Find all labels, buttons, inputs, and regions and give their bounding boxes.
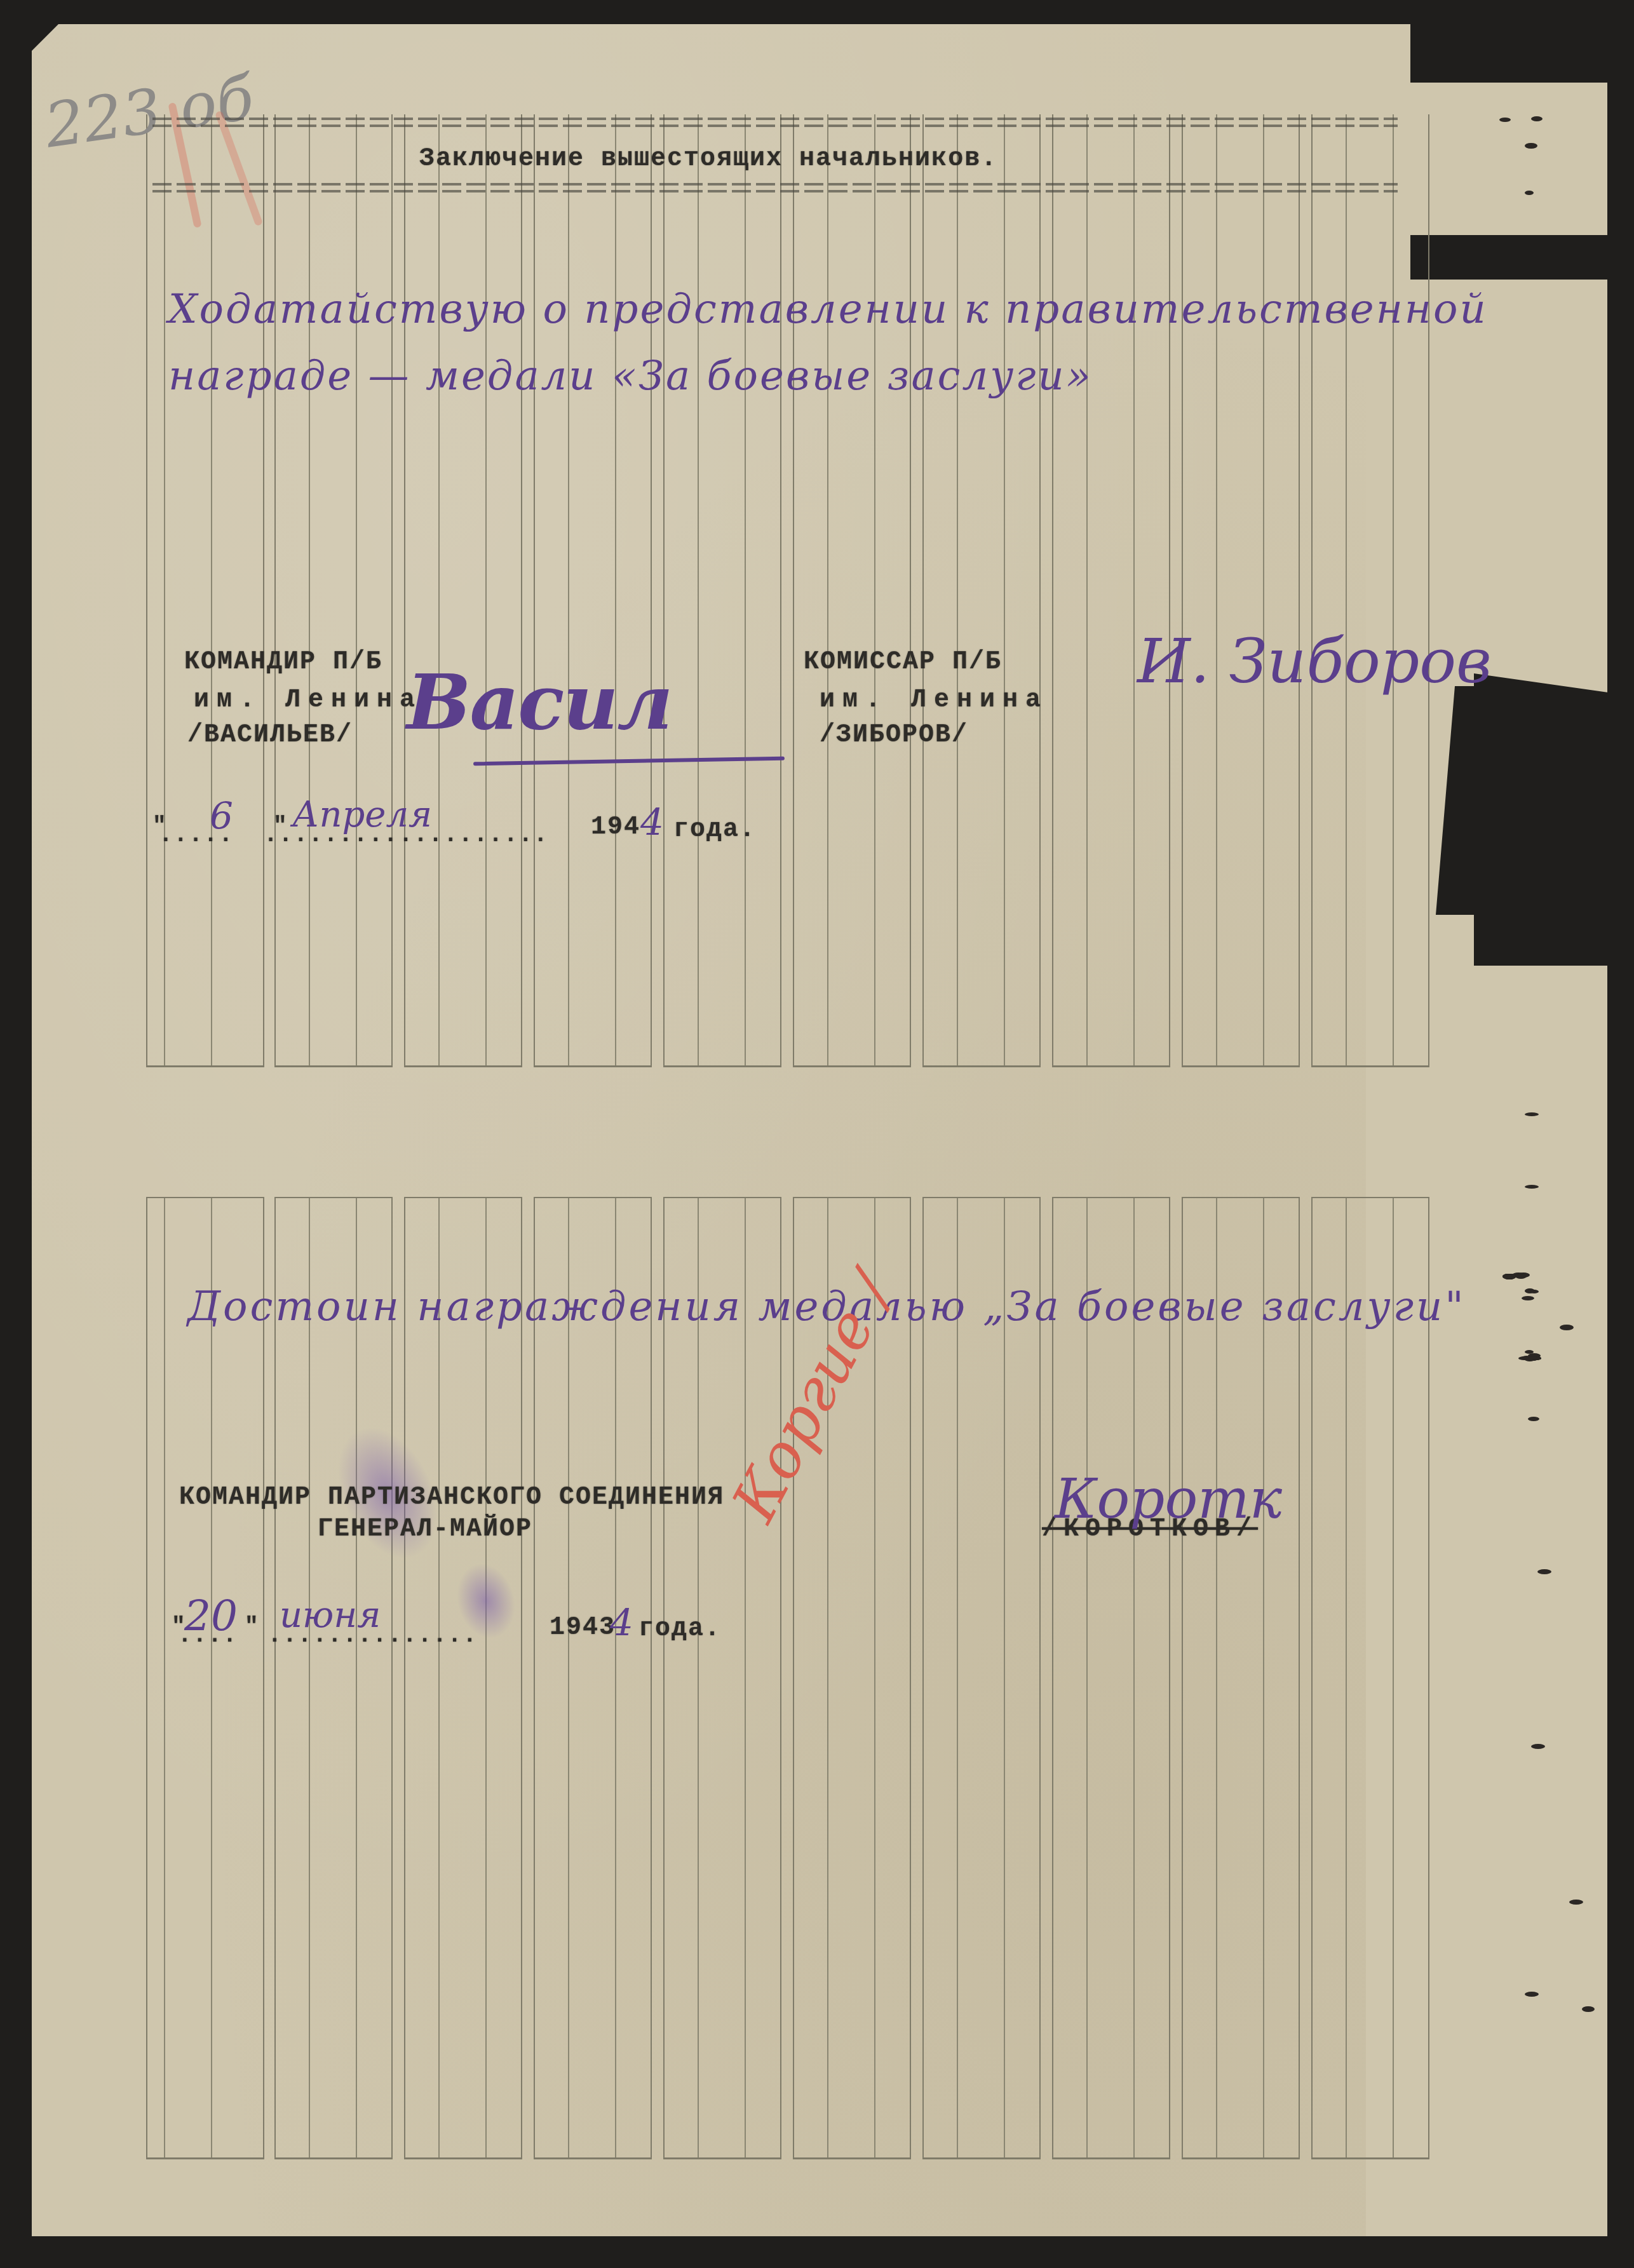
commissar-unit: им. Ленина: [820, 686, 1048, 715]
grid-block: [1052, 114, 1170, 1067]
page-title: Заключение вышестоящих начальников.: [419, 145, 997, 173]
grid-block: [1311, 114, 1429, 1067]
commissar-title: КОМИССАР П/Б: [804, 648, 1002, 677]
commander-unit: им. Ленина: [194, 686, 422, 715]
grid-block: [274, 114, 393, 1067]
date-year-handwritten-digit: 4: [610, 1601, 633, 1644]
punch-hole: [1525, 1185, 1539, 1189]
recommendation-text-line-2: награде — медали «За боевые заслуги»: [168, 353, 1093, 400]
grid-block: [404, 1197, 522, 2159]
formation-commander-signature: Коротк: [1055, 1468, 1282, 1531]
grid-block: [663, 114, 781, 1067]
commissar-name: /ЗИБОРОВ/: [820, 721, 968, 750]
grid-block: [404, 114, 522, 1067]
commander-title: КОМАНДИР П/Б: [184, 648, 382, 677]
grid-block: [1182, 114, 1300, 1067]
header-rule-top: [152, 118, 1398, 120]
grid-block: [534, 1197, 652, 2159]
date-month: июня: [280, 1595, 381, 1636]
date-suffix: года.: [638, 1615, 721, 1644]
grid-block: [146, 114, 264, 1067]
ruled-grid-upper: [0, 114, 1634, 1067]
recommendation-text-line-1: Ходатайствую о представлении к правитель…: [168, 286, 1488, 333]
grid-block: [1311, 1197, 1429, 2159]
grid-block: [1182, 1197, 1300, 2159]
commander-signature: Васил: [407, 658, 672, 747]
grid-block: [274, 1197, 393, 2159]
date-year-typed: 1943: [550, 1614, 616, 1642]
formation-commander-rank: ГЕНЕРАЛ-МАЙОР: [318, 1515, 532, 1544]
clipped-corner: [32, 24, 58, 51]
paper-tear-upper: [1410, 6, 1634, 83]
grid-block: [663, 1197, 781, 2159]
punch-hole: [1525, 1112, 1539, 1116]
grid-block: [534, 114, 652, 1067]
grid-block: [793, 114, 911, 1067]
formation-commander-title: КОМАНДИР ПАРТИЗАНСКОГО СОЕДИНЕНИЯ: [179, 1483, 724, 1512]
date-close-quote: ": [245, 1614, 260, 1640]
grid-block: [1052, 1197, 1170, 2159]
grid-block: [922, 1197, 1041, 2159]
commissar-signature: И. Зиборов: [1137, 626, 1492, 697]
date-day: 20: [184, 1591, 238, 1640]
date-suffix: года.: [673, 816, 756, 844]
date-year-typed: 194: [591, 813, 640, 842]
grid-block: [146, 1197, 264, 2159]
date-day: 6: [210, 794, 233, 837]
commander-name: /ВАСИЛЬЕВ/: [187, 721, 353, 750]
paper-bottom-dark-margin: [0, 2236, 1634, 2268]
header-rule-bottom: [152, 183, 1398, 186]
date-year-handwritten-digit: 4: [640, 800, 664, 844]
grid-block: [922, 114, 1041, 1067]
date-month: Апреля: [292, 794, 432, 835]
date-close-quote: ": [273, 813, 288, 839]
